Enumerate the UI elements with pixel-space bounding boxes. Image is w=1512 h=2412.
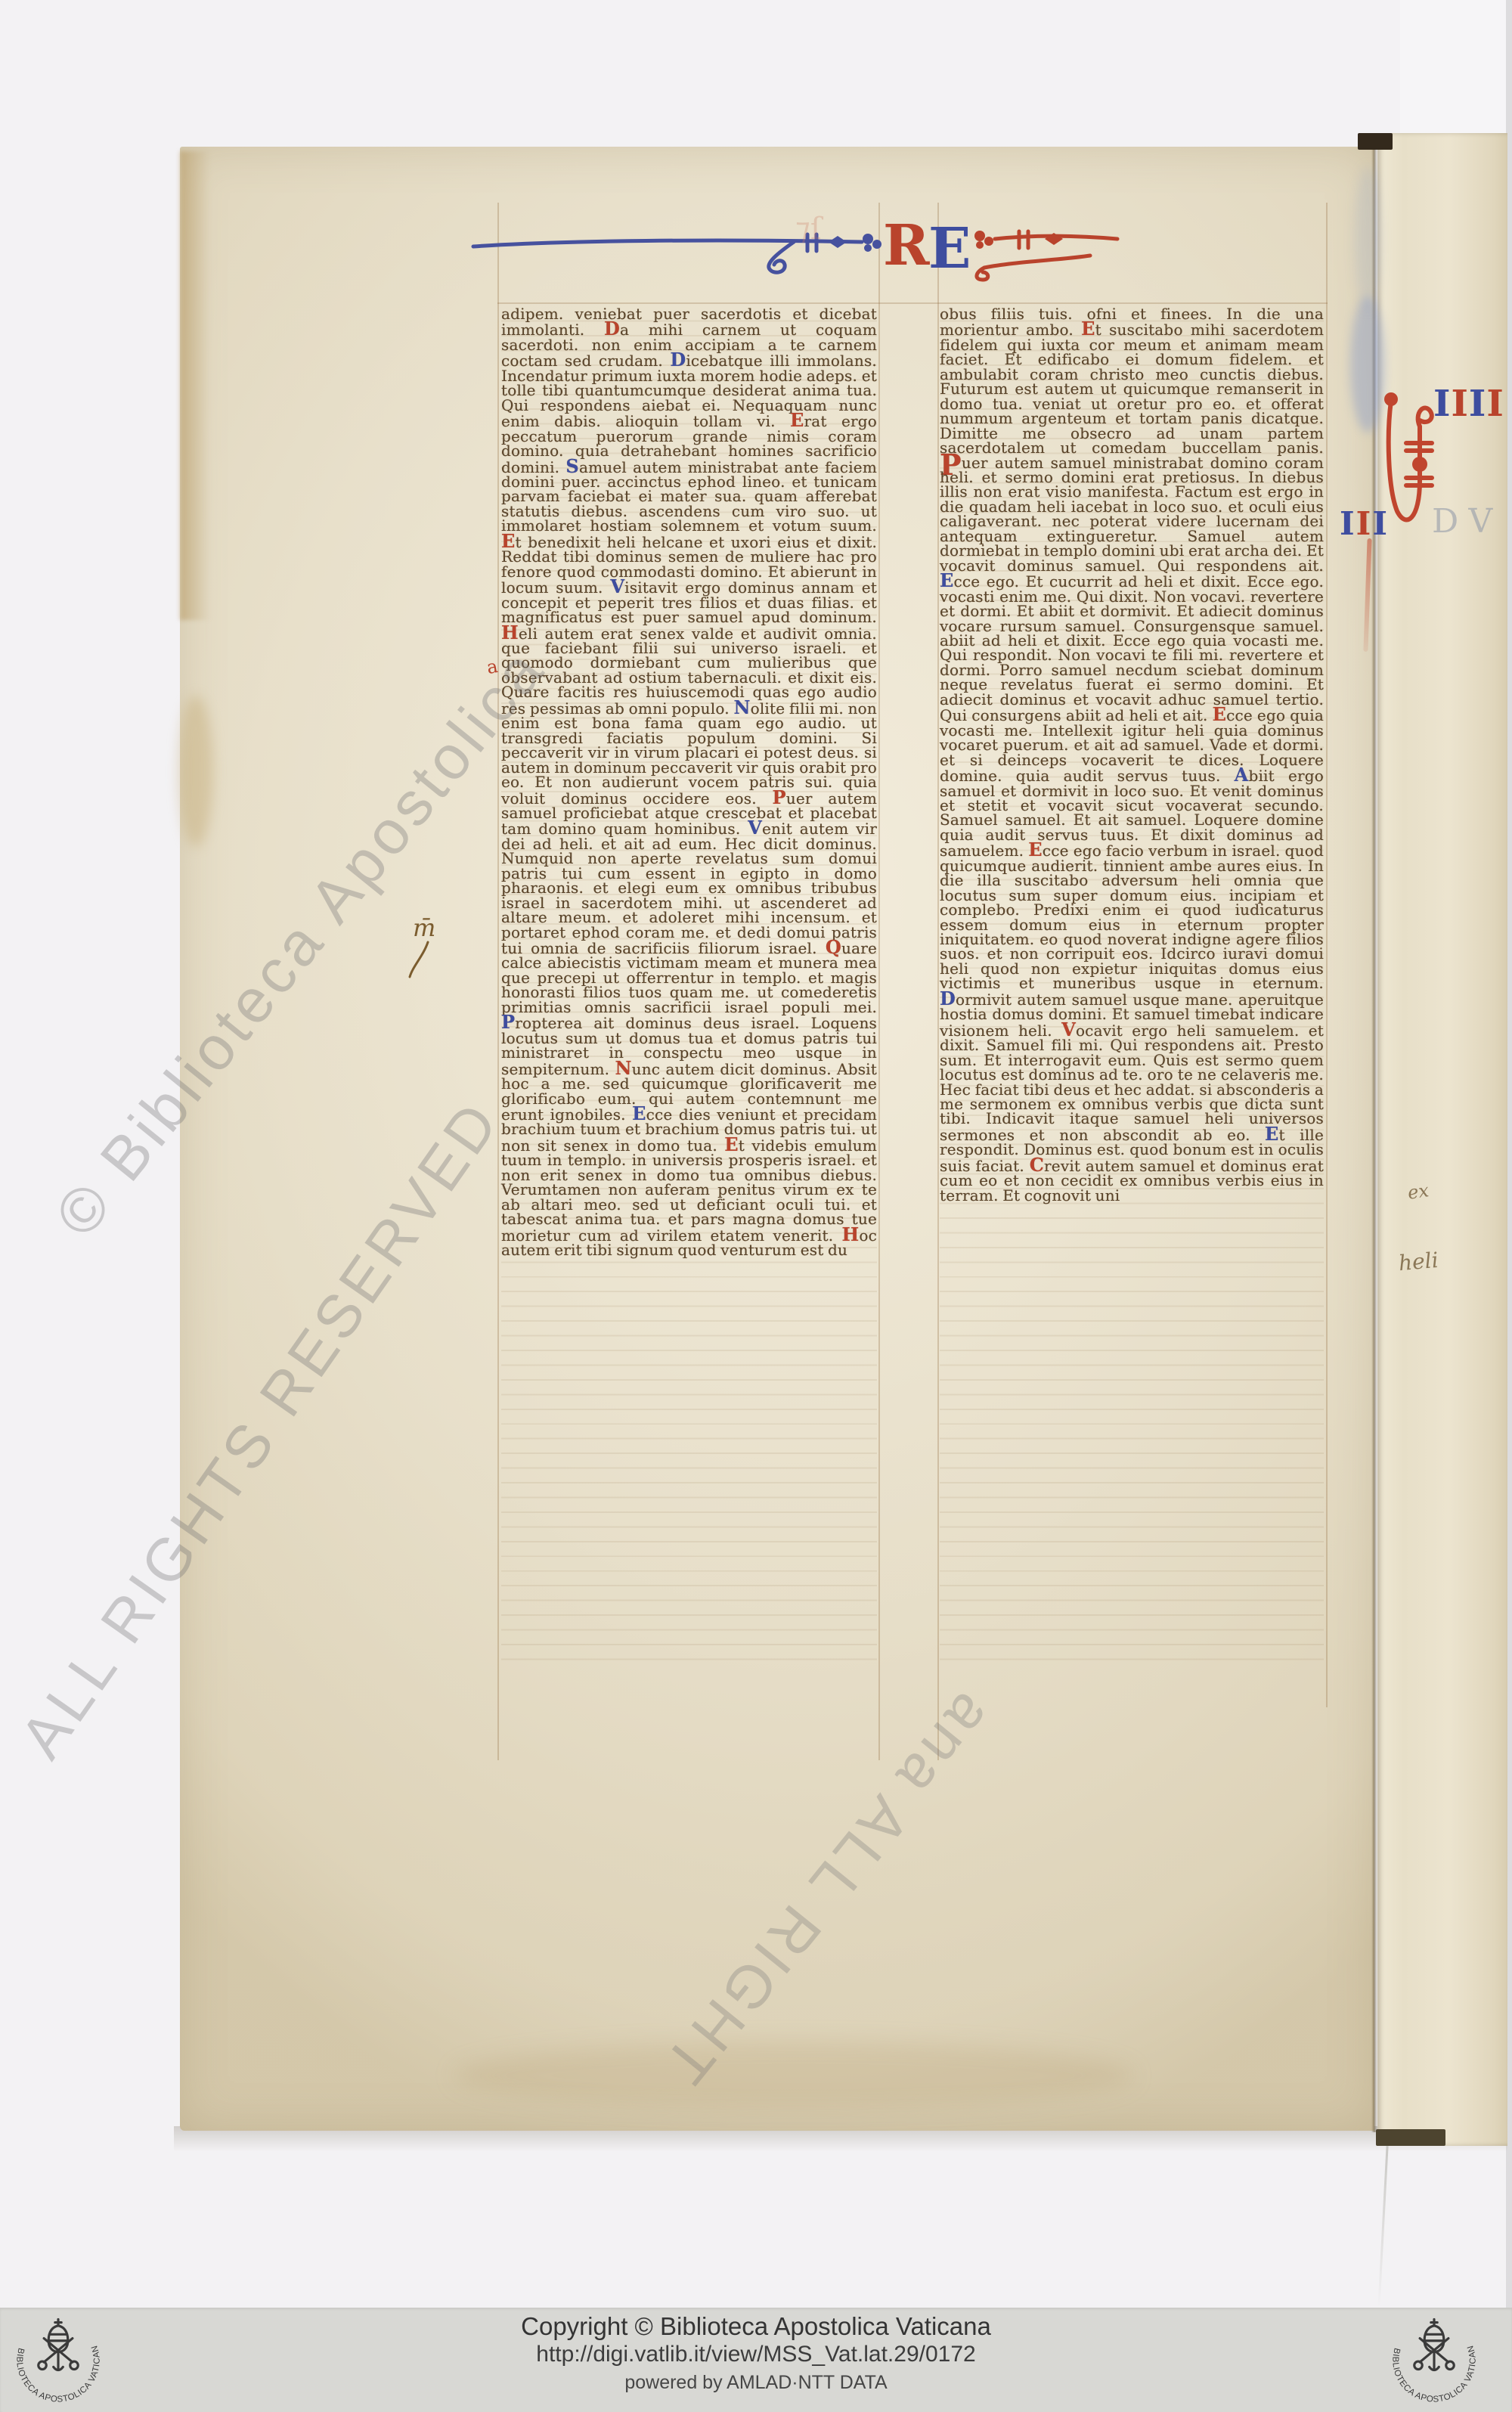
rubricated-initial: E bbox=[1028, 839, 1043, 860]
leaf-gap-line bbox=[1371, 144, 1377, 2132]
roman-numeral-letter: I bbox=[1356, 505, 1373, 542]
stain-blob bbox=[178, 696, 213, 847]
roman-numeral-letter: I bbox=[1486, 383, 1504, 425]
margin-scribble-heli: heli bbox=[1398, 1248, 1439, 1276]
rubricated-initial: V bbox=[748, 817, 762, 839]
running-title-letter-E: E bbox=[928, 221, 971, 277]
ghost-letters-dv: DV bbox=[1432, 502, 1503, 541]
rubricated-initial: Q bbox=[826, 936, 841, 958]
footer-url: http://digi.vatlib.it/view/MSS_Vat.lat.2… bbox=[0, 2342, 1512, 2367]
text-column-1: adipem. veniebat puer sacerdotis et dice… bbox=[501, 307, 877, 1258]
backdrop-step bbox=[1400, 0, 1512, 133]
footer-copyright: Copyright © Biblioteca Apostolica Vatica… bbox=[0, 2312, 1512, 2341]
rubricated-initial: E bbox=[724, 1133, 739, 1155]
header-ghost-offset: ⁊ſ bbox=[795, 212, 822, 246]
roman-numeral-letter: I bbox=[1469, 383, 1486, 425]
rubricated-initial: E bbox=[632, 1102, 646, 1124]
rubricated-initial: E bbox=[940, 569, 954, 591]
ruling-line bbox=[497, 203, 499, 1760]
binding-notch-bottom bbox=[1376, 2129, 1445, 2146]
text-column-2: obus filiis tuis. ofni et finees. In die… bbox=[940, 307, 1324, 1203]
header-flourish-red bbox=[969, 219, 1120, 287]
rubricated-initial: D bbox=[670, 349, 686, 370]
rubricated-initial: A bbox=[1235, 764, 1249, 786]
footer-powered-by: powered by AMLAD·NTT DATA bbox=[0, 2372, 1512, 2394]
ruling-line bbox=[497, 302, 1328, 304]
rubricated-initial: P bbox=[940, 448, 962, 482]
rubricated-initial: E bbox=[790, 409, 804, 431]
rubricated-initial: E bbox=[1213, 703, 1227, 725]
header-flourish-blue bbox=[469, 219, 892, 287]
rubricated-initial: E bbox=[1081, 318, 1095, 339]
rubricated-initial: N bbox=[733, 696, 750, 718]
chapter-numeral-iiii: IIII bbox=[1433, 383, 1504, 425]
roman-numeral-letter: I bbox=[1340, 505, 1356, 542]
margin-note-tail bbox=[405, 941, 435, 983]
backdrop-seam bbox=[1377, 2146, 1388, 2308]
stain-left-edge bbox=[180, 151, 210, 620]
rubricated-initial: E bbox=[501, 530, 516, 552]
vatican-library-logo-right: BIBLIOTECA APOSTOLICA VATICANA bbox=[1387, 2312, 1482, 2409]
rubricated-initial: D bbox=[604, 318, 620, 339]
rubricated-initial: S bbox=[565, 455, 579, 477]
blue-pigment-smudge-faint bbox=[1355, 166, 1380, 310]
ruling-line bbox=[937, 203, 939, 1760]
digitized-manuscript-page: R E ⁊ſ adipem. veniebat puer sacerdotis … bbox=[0, 0, 1512, 2412]
ruling-line bbox=[878, 203, 880, 1760]
margin-note-m: m̄ bbox=[413, 913, 435, 942]
rubricated-initial: E bbox=[1265, 1123, 1279, 1145]
roman-numeral-letter: I bbox=[1451, 383, 1468, 425]
margin-scribble-ex: ex bbox=[1406, 1180, 1430, 1204]
rubricated-initial: V bbox=[610, 575, 624, 597]
rubricated-initial: N bbox=[615, 1057, 631, 1079]
rubricated-initial: V bbox=[1061, 1018, 1076, 1040]
rubricated-initial: D bbox=[940, 987, 956, 1009]
vatican-library-logo-left: BIBLIOTECA APOSTOLICA VATICANA bbox=[11, 2312, 106, 2409]
stain-bottom bbox=[454, 2042, 1134, 2110]
rubricated-initial: P bbox=[501, 1011, 515, 1033]
binding-notch-top bbox=[1358, 133, 1393, 150]
rubricated-initial: P bbox=[773, 786, 786, 808]
rubricated-initial: C bbox=[1030, 1154, 1044, 1176]
ruling-line bbox=[1326, 203, 1328, 1707]
running-title-letter-R: R bbox=[883, 218, 930, 274]
rubricated-initial: H bbox=[841, 1223, 859, 1245]
